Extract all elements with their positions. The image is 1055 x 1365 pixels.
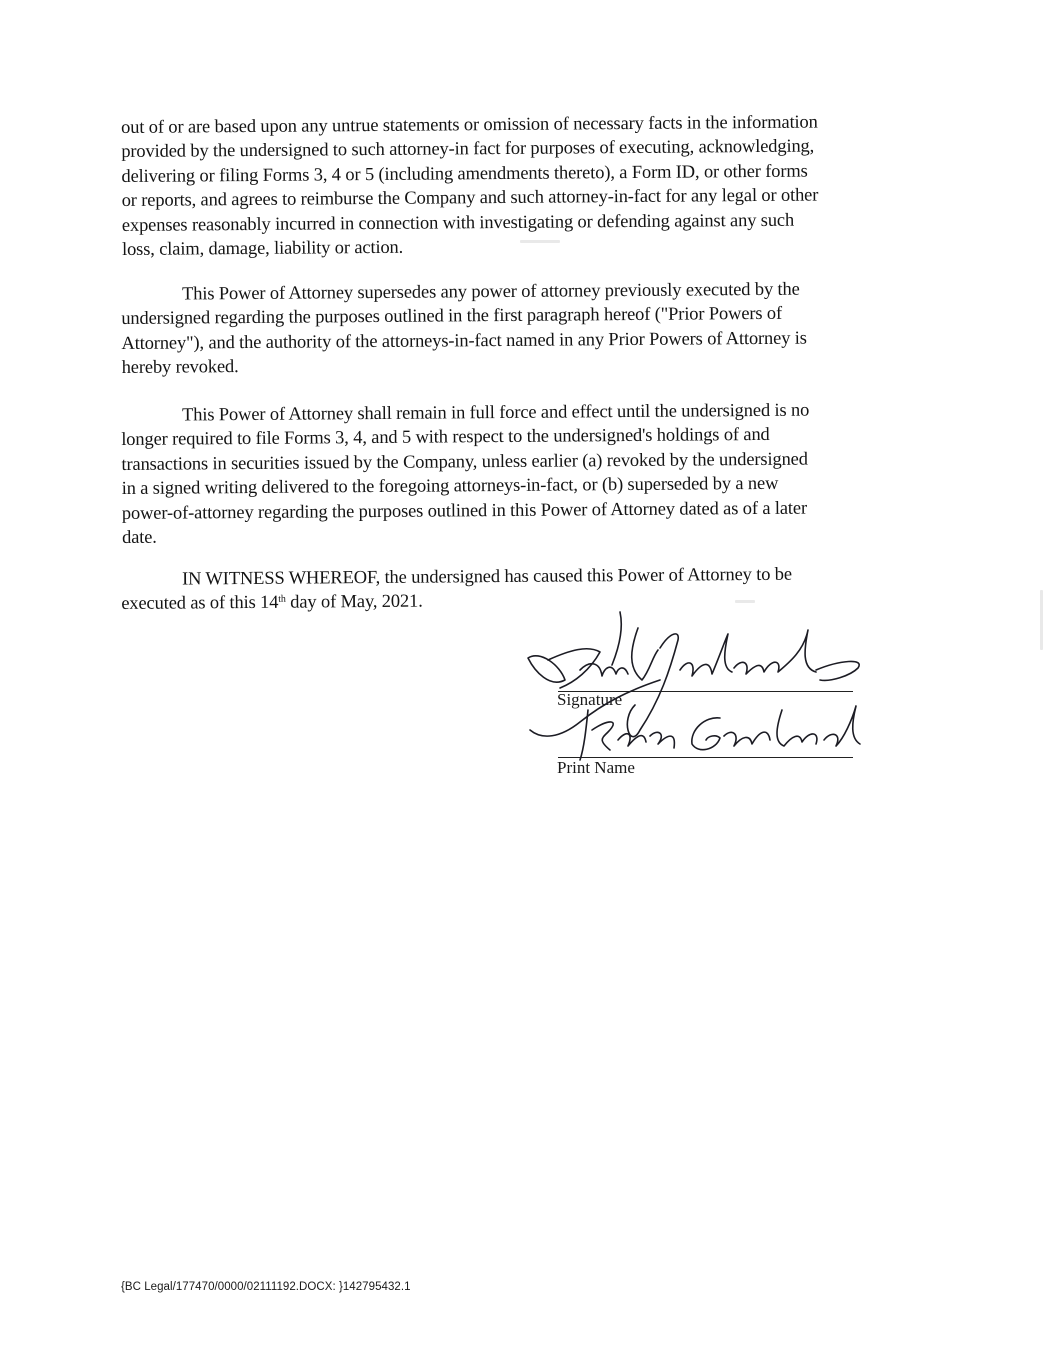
text-fragment: day of May, 2021. — [286, 592, 423, 613]
text-line: loss, claim, damage, liability or action… — [122, 232, 922, 263]
scan-artifact — [1040, 590, 1043, 650]
paragraph-witness: IN WITNESS WHEREOF, the undersigned has … — [121, 562, 921, 617]
paragraph-duration: This Power of Attorney shall remain in f… — [121, 398, 922, 551]
paragraph-supersedes: This Power of Attorney supersedes any po… — [121, 277, 922, 381]
text-fragment: executed as of this 14 — [121, 593, 278, 614]
signature-label: Signature — [557, 690, 622, 710]
document-page: out of or are based upon any untrue stat… — [0, 0, 1055, 1365]
document-reference-footer: {BC Legal/177470/0000/02111192.DOCX: }14… — [121, 1281, 411, 1293]
paragraph-indemnity-continuation: out of or are based upon any untrue stat… — [121, 110, 922, 263]
print-name-label: Print Name — [557, 758, 635, 778]
signature-block: Signature Print Name — [520, 610, 900, 790]
